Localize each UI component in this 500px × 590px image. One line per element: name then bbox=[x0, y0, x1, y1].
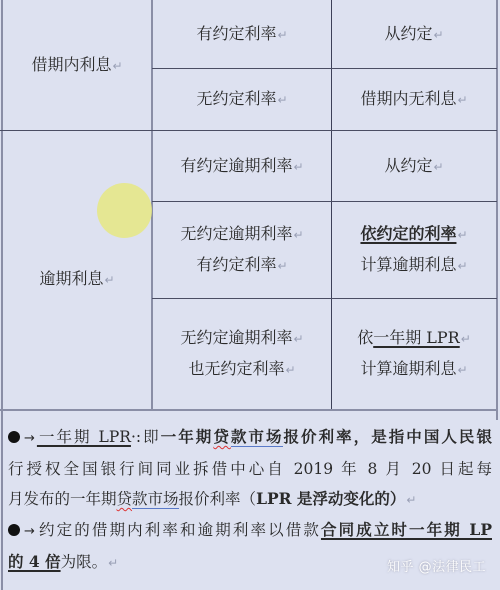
result-text: 计算逾期利息 bbox=[360, 359, 456, 378]
cursor-highlight-icon bbox=[97, 183, 152, 238]
separator-text: ·:即 bbox=[131, 428, 161, 446]
table-right-border bbox=[496, 0, 498, 420]
paragraph-mark-icon: ↵ bbox=[293, 160, 303, 174]
text: 月发布的一年期 bbox=[8, 490, 117, 508]
text-spellcheck: 贷 bbox=[213, 427, 231, 446]
text-emphasis: 合同成立时一年期 LP bbox=[321, 520, 492, 539]
text-bold: 报价利率 bbox=[283, 427, 353, 446]
condition-cell: 有约定利率↵ bbox=[153, 0, 331, 68]
document-page: 借期内利息↵ 有约定利率↵ 从约定↵ 无约定利率↵ 借期内无利息↵ 逾期利息↵ … bbox=[0, 0, 500, 590]
paragraph-mark-icon: ↵ bbox=[277, 93, 287, 107]
result-text-emphasis: 一年期 LPR bbox=[373, 328, 460, 347]
result-cell: 依约定的利率↵ 计算逾期利息↵ bbox=[332, 202, 496, 298]
paragraph-mark-icon: ↵ bbox=[457, 228, 467, 242]
paragraph-mark-icon: ↵ bbox=[457, 259, 467, 273]
note-line: 月发布的一年期贷款市场报价利率（LPR 是浮动变化的）↵ bbox=[8, 484, 492, 515]
note-line: 行授权全国银行间同业拆借中心自 2019 年 8 月 20 日起每 bbox=[8, 454, 492, 484]
text-emphasis: 的 4 倍 bbox=[8, 552, 61, 571]
text-grammar-check: 款市场 bbox=[231, 427, 284, 447]
note-line: →约定的借期内利率和逾期利率以借款合同成立时一年期 LP bbox=[8, 515, 492, 547]
result-text-emphasis: 依约定的利率 bbox=[360, 224, 456, 243]
text: 约定的借期内利率和逾期利率以借款 bbox=[37, 521, 321, 539]
condition-text: 无约定逾期利率 bbox=[180, 328, 292, 347]
condition-text: 有约定利率 bbox=[196, 24, 276, 43]
term-lpr: 一年期 LPR bbox=[37, 428, 131, 446]
category-label: 借期内利息 bbox=[31, 55, 111, 74]
result-text: 计算逾期利息 bbox=[360, 255, 456, 274]
category-label: 逾期利息 bbox=[39, 269, 103, 288]
paragraph-mark-icon: ↵ bbox=[108, 556, 118, 570]
condition-text: 有约定逾期利率 bbox=[180, 156, 292, 175]
text: 报价利率（ bbox=[179, 490, 257, 508]
text-grammar-check: 款市场 bbox=[132, 490, 179, 509]
condition-cell: 有约定逾期利率↵ bbox=[153, 131, 331, 201]
paragraph-mark-icon: ↵ bbox=[433, 28, 443, 42]
text-bold: LPR 是浮动变化的） bbox=[256, 489, 405, 508]
paragraph-mark-icon: ↵ bbox=[277, 259, 287, 273]
condition-text: 无约定逾期利率 bbox=[180, 224, 292, 243]
condition-cell: 无约定利率↵ bbox=[153, 69, 331, 130]
condition-cell: 无约定逾期利率↵ 也无约定利率↵ bbox=[153, 299, 331, 409]
paragraph-mark-icon: ↵ bbox=[457, 363, 467, 377]
note-lpr-definition: →一年期 LPR·:即一年期贷款市场报价利率，是指中国人民银 行授权全国银行间同… bbox=[8, 422, 492, 515]
text: ，是指中国人民银 bbox=[354, 427, 492, 446]
text-spellcheck: 贷 bbox=[117, 490, 133, 508]
result-text: 依 bbox=[357, 328, 373, 347]
paragraph-mark-icon: ↵ bbox=[285, 363, 295, 377]
paragraph-mark-icon: ↵ bbox=[112, 59, 122, 73]
paragraph-mark-icon: ↵ bbox=[277, 28, 287, 42]
condition-text: 也无约定利率 bbox=[188, 359, 284, 378]
paragraph-mark-icon: ↵ bbox=[461, 332, 471, 346]
bullet-icon bbox=[8, 524, 20, 536]
notes-section: →一年期 LPR·:即一年期贷款市场报价利率，是指中国人民银 行授权全国银行间同… bbox=[8, 422, 492, 578]
paragraph-mark-icon: ↵ bbox=[293, 332, 303, 346]
paragraph-mark-icon: ↵ bbox=[406, 493, 416, 507]
paragraph-mark-icon: ↵ bbox=[457, 93, 467, 107]
result-cell: 依一年期 LPR↵ 计算逾期利息↵ bbox=[332, 299, 496, 409]
result-text: 从约定 bbox=[384, 24, 432, 43]
result-text: 借期内无利息 bbox=[360, 89, 456, 108]
paragraph-mark-icon: ↵ bbox=[293, 228, 303, 242]
category-cell-loan-period-interest: 借期内利息↵ bbox=[3, 0, 151, 130]
condition-text: 无约定利率 bbox=[196, 89, 276, 108]
note-line: →一年期 LPR·:即一年期贷款市场报价利率，是指中国人民银 bbox=[8, 422, 492, 454]
table-bottom-border bbox=[0, 409, 498, 411]
arrow-icon: → bbox=[24, 431, 35, 446]
text-bold: 一年 bbox=[161, 427, 196, 446]
watermark: 知乎 @法律民工 bbox=[387, 556, 486, 575]
condition-text: 有约定利率 bbox=[196, 255, 276, 274]
category-cell-overdue-interest: 逾期利息↵ bbox=[3, 131, 151, 409]
bullet-icon bbox=[8, 431, 20, 443]
result-cell: 从约定↵ bbox=[332, 131, 496, 201]
arrow-icon: → bbox=[24, 524, 35, 539]
result-cell: 借期内无利息↵ bbox=[332, 69, 496, 130]
condition-cell: 无约定逾期利率↵ 有约定利率↵ bbox=[153, 202, 331, 298]
paragraph-mark-icon: ↵ bbox=[433, 160, 443, 174]
result-text: 从约定 bbox=[384, 156, 432, 175]
text-bold: 期 bbox=[196, 427, 214, 446]
paragraph-mark-icon: ↵ bbox=[104, 273, 114, 287]
text: 为限。 bbox=[61, 553, 108, 571]
result-cell: 从约定↵ bbox=[332, 0, 496, 68]
